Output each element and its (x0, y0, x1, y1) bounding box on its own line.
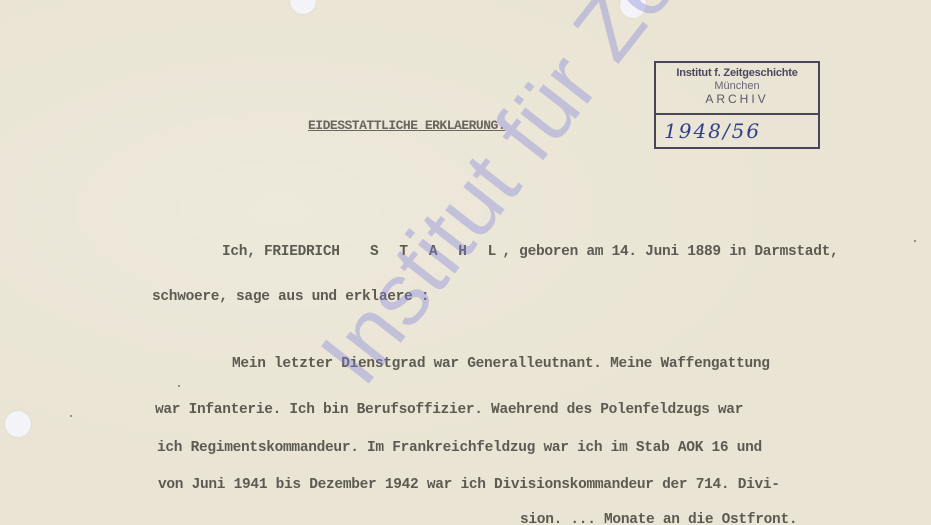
punch-hole-top-left (290, 0, 316, 14)
text-line-6: von Juni 1941 bis Dezember 1942 war ich … (158, 477, 780, 493)
text-line-4: war Infanterie. Ich bin Berufsoffizier. … (155, 402, 743, 418)
line-1-name: S T A H L (370, 244, 502, 260)
text-line-2: schwoere, sage aus und erklaere : (152, 289, 429, 305)
paper-speck (178, 385, 180, 387)
text-line-5: ich Regimentskommandeur. Im Frankreichfe… (157, 440, 762, 456)
line-1-suffix: , geboren am 14. Juni 1889 in Darmstadt, (502, 244, 838, 260)
paper-speck (914, 240, 916, 242)
text-line-1: Ich, FRIEDRICH S T A H L, geboren am 14.… (222, 244, 838, 260)
stamp-divider (656, 113, 818, 115)
stamp-reference-number: 1948/56 (664, 119, 761, 143)
text-line-7: sion. ... Monate an die Ostfront. (520, 512, 797, 525)
paper-speck (70, 415, 72, 417)
archive-stamp: Institut f. Zeitgeschichte München ARCHI… (654, 61, 820, 149)
line-1-prefix: Ich, FRIEDRICH (222, 244, 340, 260)
stamp-department: ARCHIV (656, 92, 818, 106)
punch-hole-top-right (620, 0, 646, 18)
stamp-city: München (656, 80, 818, 92)
text-line-3: Mein letzter Dienstgrad war Generalleutn… (232, 356, 770, 372)
document-page: Institut f. Zeitgeschichte München ARCHI… (0, 0, 931, 525)
document-title: EIDESSTATTLICHE ERKLAERUNG. (308, 118, 505, 133)
punch-hole-left (5, 411, 31, 437)
archive-watermark: Institut für Zeitgeschichte - Archiv (300, 0, 931, 403)
stamp-institution: Institut f. Zeitgeschichte (656, 67, 818, 79)
